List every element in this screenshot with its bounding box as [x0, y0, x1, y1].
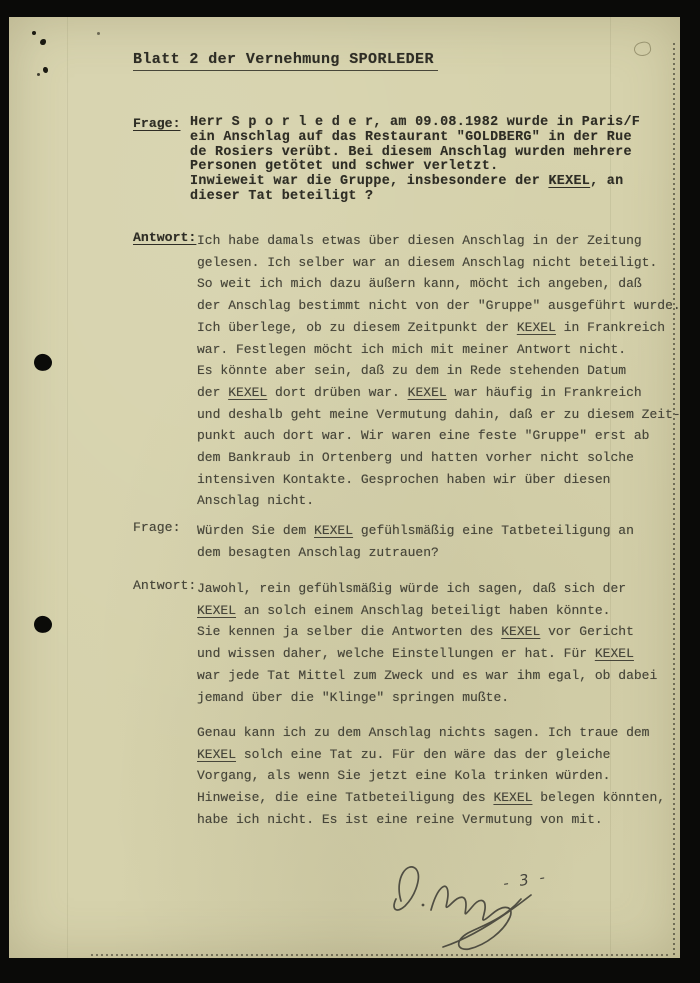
typed-line: KEXEL an solch einem Anschlag beteiligt …	[197, 600, 657, 622]
typed-line: intensiven Kontakte. Gesprochen haben wi…	[197, 469, 681, 491]
typed-line: ein Anschlag auf das Restaurant "GOLDBER…	[190, 131, 640, 146]
antwort-label: Antwort:	[133, 578, 196, 593]
answer-2-paragraph-1: Jawohl, rein gefühlsmäßig würde ich sage…	[197, 578, 657, 708]
paper-fold-line	[67, 17, 68, 958]
typed-line: gelesen. Ich selber war an diesem Anschl…	[197, 252, 681, 274]
typed-line: Jawohl, rein gefühlsmäßig würde ich sage…	[197, 578, 657, 600]
answer-1-text: Ich habe damals etwas über diesen Anschl…	[197, 230, 681, 512]
paper-sheet: Blatt 2 der Vernehmung SPORLEDER Frage: …	[9, 17, 680, 958]
ink-speck	[43, 67, 48, 73]
typed-line: der Anschlag bestimmt nicht von der "Gru…	[197, 295, 681, 317]
typed-line: war jede Tat Mittel zum Zweck und es war…	[197, 665, 657, 687]
ink-speck	[37, 73, 40, 76]
typed-line: dieser Tat beteiligt ?	[190, 190, 640, 205]
typed-line: Würden Sie dem KEXEL gefühlsmäßig eine T…	[197, 520, 634, 542]
punch-hole	[32, 614, 54, 635]
question-1-text: Herr S p o r l e d e r, am 09.08.1982 wu…	[190, 116, 640, 205]
answer-2-paragraph-2: Genau kann ich zu dem Anschlag nichts sa…	[197, 722, 665, 831]
question-2-text: Würden Sie dem KEXEL gefühlsmäßig eine T…	[197, 520, 634, 563]
typed-line: KEXEL solch eine Tat zu. Für den wäre da…	[197, 744, 665, 766]
typed-line: Vorgang, als wenn Sie jetzt eine Kola tr…	[197, 765, 665, 787]
signature-area: - 3 -	[381, 855, 611, 965]
punch-hole	[32, 352, 54, 373]
typed-line: dem besagten Anschlag zutrauen?	[197, 542, 634, 564]
typed-line: und wissen daher, welche Einstellungen e…	[197, 643, 657, 665]
typed-line: Inwieweit war die Gruppe, insbesondere d…	[190, 175, 640, 190]
antwort-label: Antwort:	[133, 230, 196, 245]
page-title: Blatt 2 der Vernehmung SPORLEDER	[133, 51, 438, 71]
typed-line: Ich habe damals etwas über diesen Anschl…	[197, 230, 681, 252]
typed-line: punkt auch dort war. Wir waren eine fest…	[197, 425, 681, 447]
ink-speck	[97, 32, 100, 35]
frage-label: Frage:	[133, 116, 180, 131]
typed-line: Personen getötet und schwer verletzt.	[190, 160, 640, 175]
typed-line: de Rosiers verübt. Bei diesem Anschlag w…	[190, 146, 640, 161]
typed-line: Anschlag nicht.	[197, 490, 681, 512]
typed-line: jemand über die "Klinge" springen mußte.	[197, 687, 657, 709]
typed-line: Genau kann ich zu dem Anschlag nichts sa…	[197, 722, 665, 744]
typed-line: war. Festlegen möcht ich mich mit meiner…	[197, 339, 681, 361]
faint-pencil-circle	[633, 40, 653, 57]
typed-line: habe ich nicht. Es ist eine reine Vermut…	[197, 809, 665, 831]
typed-line: Es könnte aber sein, daß zu dem in Rede …	[197, 360, 681, 382]
typed-line: und deshalb geht meine Vermutung dahin, …	[197, 404, 681, 426]
scanned-page: Blatt 2 der Vernehmung SPORLEDER Frage: …	[0, 0, 700, 983]
frage-label: Frage:	[133, 520, 180, 535]
typed-line: der KEXEL dort drüben war. KEXEL war häu…	[197, 382, 681, 404]
typed-line: Hinweise, die eine Tatbeteiligung des KE…	[197, 787, 665, 809]
typed-line: dem Bankraub in Ortenberg und hatten vor…	[197, 447, 681, 469]
ink-speck	[40, 39, 46, 45]
typed-line: Sie kennen ja selber die Antworten des K…	[197, 621, 657, 643]
typed-line: Ich überlege, ob zu diesem Zeitpunkt der…	[197, 317, 681, 339]
typed-line: So weit ich mich dazu äußern kann, möcht…	[197, 273, 681, 295]
typed-line: Herr S p o r l e d e r, am 09.08.1982 wu…	[190, 116, 640, 131]
ink-speck	[32, 31, 36, 35]
